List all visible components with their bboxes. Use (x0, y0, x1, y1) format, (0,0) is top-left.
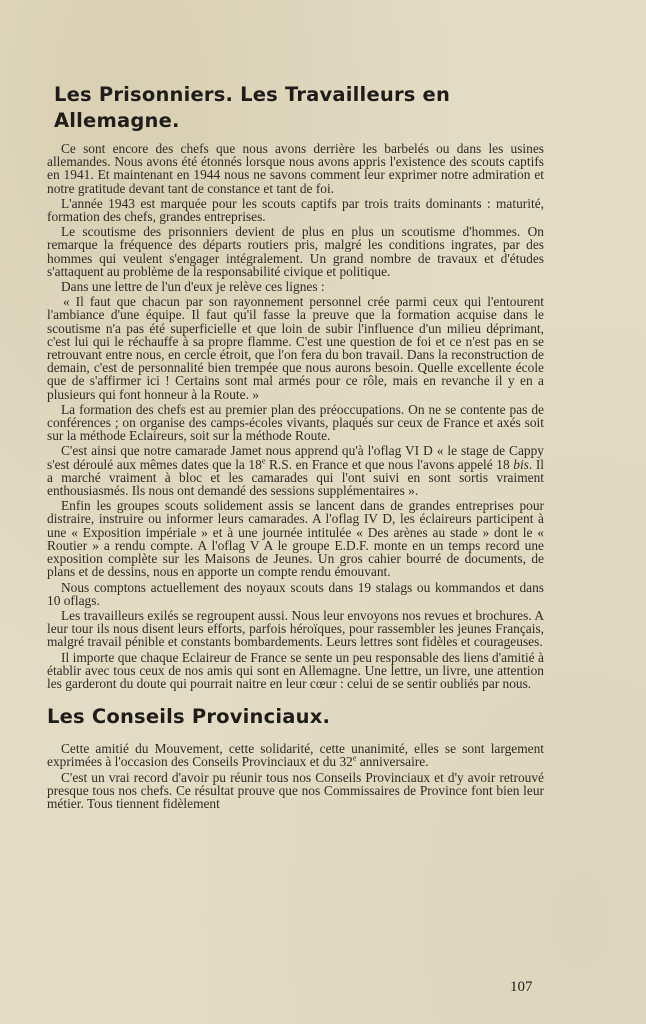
paragraph: Le scoutisme des prisonniers devient de … (47, 225, 544, 278)
paragraph: La formation des chefs est au premier pl… (47, 403, 544, 443)
paragraph: Il importe que chaque Eclaireur de Franc… (47, 651, 544, 691)
page-body: Les Prisonniers. Les Travailleurs en All… (47, 82, 544, 810)
paragraph: C'est ainsi que notre camarade Jamet nou… (47, 444, 544, 497)
quotation-paragraph: « Il faut que chacun par son rayonnement… (47, 295, 544, 401)
section-heading-conseils: Les Conseils Provinciaux. (47, 704, 544, 730)
paragraph: Dans une lettre de l'un d'eux je relève … (47, 280, 544, 293)
section-heading-prisonniers: Les Prisonniers. Les Travailleurs en All… (54, 82, 544, 134)
paragraph: Les travailleurs exilés se regroupent au… (47, 609, 544, 649)
text-run: anniversaire. (356, 754, 428, 769)
paragraph: Ce sont encore des chefs que nous avons … (47, 142, 544, 195)
page-number: 107 (510, 979, 533, 996)
paragraph: Cette amitié du Mouvement, cette solidar… (47, 742, 544, 768)
text-run: Cette amitié du Mouvement, cette solidar… (47, 741, 544, 769)
paragraph: Nous comptons actuellement des noyaux sc… (47, 581, 544, 607)
paragraph: L'année 1943 est marquée pour les scouts… (47, 197, 544, 223)
paragraph: Enfin les groupes scouts solidement assi… (47, 499, 544, 578)
paragraph: C'est un vrai record d'avoir pu réunir t… (47, 771, 544, 811)
